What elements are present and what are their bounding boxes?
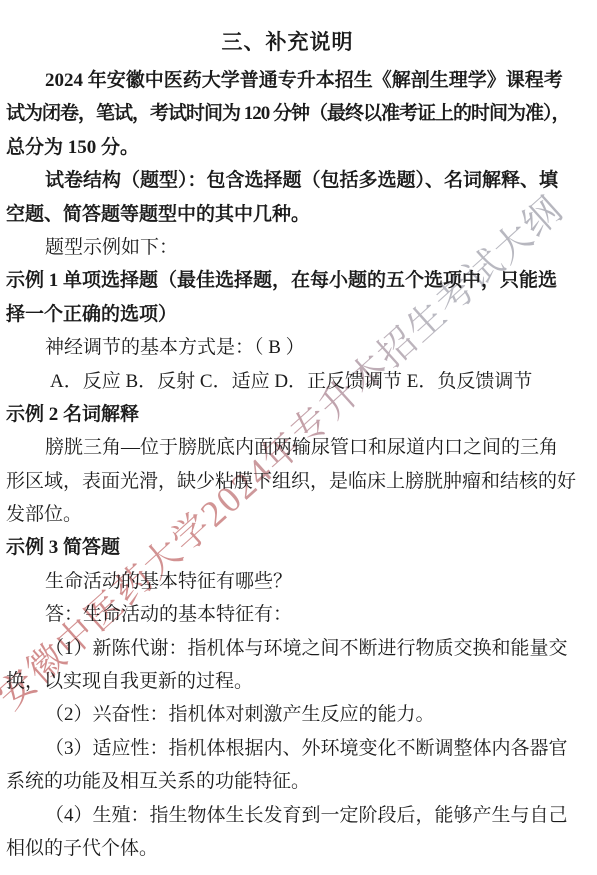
text-line: 示例 2 名词解释 bbox=[6, 398, 597, 431]
text-line: 空题、简答题等题型中的其中几种。 bbox=[6, 198, 597, 231]
text-line: 发部位。 bbox=[6, 498, 597, 531]
text-line: 生命活动的基本特征有哪些？ bbox=[6, 565, 597, 598]
text-line: 相似的子代个体。 bbox=[6, 832, 597, 865]
text-line: 试卷结构（题型）：包含选择题（包括多选题）、名词解释、填 bbox=[6, 164, 597, 197]
text-line: 示例 3 简答题 bbox=[6, 531, 597, 564]
text-line: 膀胱三角—位于膀胱底内面两输尿管口和尿道内口之间的三角 bbox=[6, 431, 597, 464]
text-line: 系统的功能及相互关系的功能特征。 bbox=[6, 765, 597, 798]
text-line: 总分为 150 分。 bbox=[6, 131, 597, 164]
section-title: 三、补充说明 bbox=[0, 27, 583, 57]
text-line: （1）新陈代谢：指机体与环境之间不断进行物质交换和能量交 bbox=[6, 632, 597, 665]
text-line: 择一个正确的选项） bbox=[6, 298, 597, 331]
text-line: 神经调节的基本方式是：（ B ） bbox=[6, 331, 597, 364]
text-line: （3）适应性：指机体根据内、外环境变化不断调整体内各器官 bbox=[6, 732, 597, 765]
text-line: 形区域，表面光滑，缺少粘膜下组织，是临床上膀胱肿瘤和结核的好 bbox=[6, 465, 597, 498]
text-line: 换，以实现自我更新的过程。 bbox=[6, 665, 597, 698]
text-line: 2024 年安徽中医药大学普通专升本招生《解剖生理学》课程考 bbox=[6, 64, 597, 97]
text-line: 题型示例如下： bbox=[6, 231, 597, 264]
text-line: 试为闭卷，笔试，考试时间为 120 分钟（最终以准考证上的时间为准）， bbox=[6, 97, 597, 130]
text-line: 示例 1 单项选择题（最佳选择题，在每小题的五个选项中，只能选 bbox=[6, 264, 597, 297]
text-line: A．反应 B．反射 C．适应 D．正反馈调节 E．负反馈调节 bbox=[6, 365, 597, 398]
document-page: 安徽中医药大学2024年专升本招生考试大纲 三、补充说明 2024 年安徽中医药… bbox=[0, 0, 597, 875]
text-line: （2）兴奋性：指机体对刺激产生反应的能力。 bbox=[6, 698, 597, 731]
text-line: （4）生殖：指生物体生长发育到一定阶段后，能够产生与自己 bbox=[6, 799, 597, 832]
text-line: 答：生命活动的基本特征有： bbox=[6, 598, 597, 631]
document-content: 三、补充说明 2024 年安徽中医药大学普通专升本招生《解剖生理学》课程考 试为… bbox=[0, 0, 597, 865]
